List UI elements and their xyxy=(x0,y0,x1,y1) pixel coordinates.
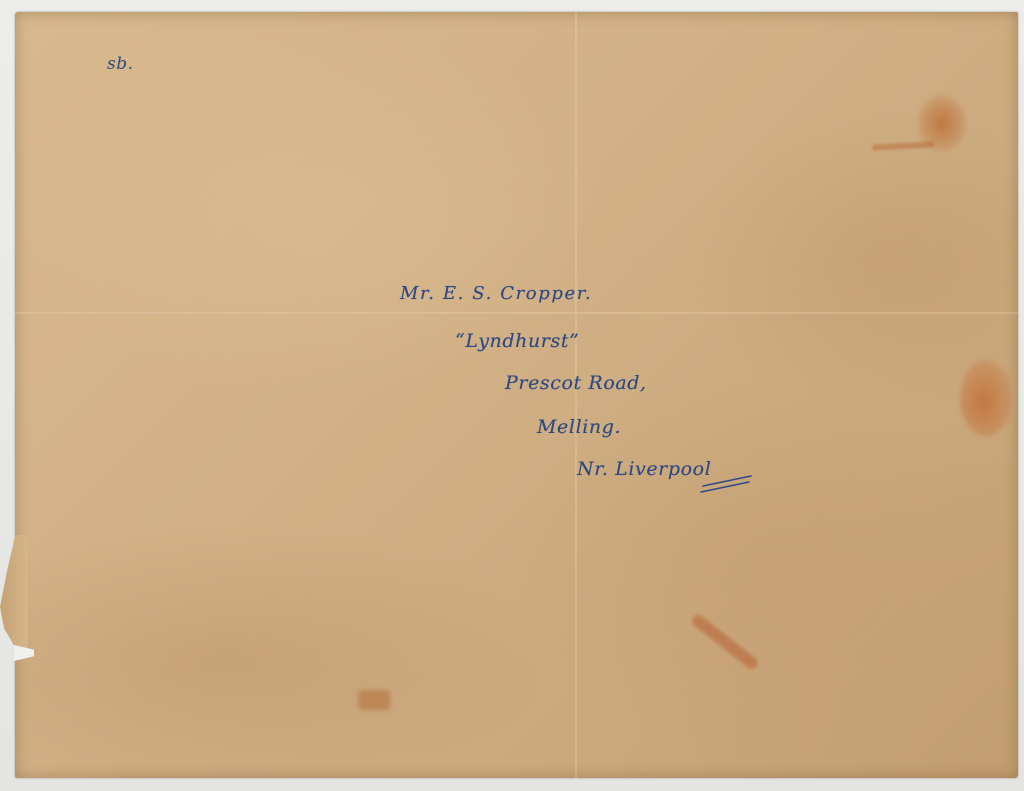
double-underline-stroke xyxy=(699,472,755,496)
stain-bottom-center xyxy=(358,690,390,710)
address-line-street: Prescot Road, xyxy=(505,372,647,394)
envelope: sb. Mr. E. S. Cropper. “Lyndhurst” Presc… xyxy=(15,12,1018,778)
stain-right-edge xyxy=(960,360,1012,436)
address-block: Mr. E. S. Cropper. “Lyndhurst” Prescot R… xyxy=(15,12,1018,778)
address-line-village: Melling. xyxy=(537,416,621,438)
address-line-city: Nr. Liverpool xyxy=(577,458,711,480)
address-line-name: Mr. E. S. Cropper. xyxy=(400,283,592,304)
address-line-house: “Lyndhurst” xyxy=(455,330,579,352)
